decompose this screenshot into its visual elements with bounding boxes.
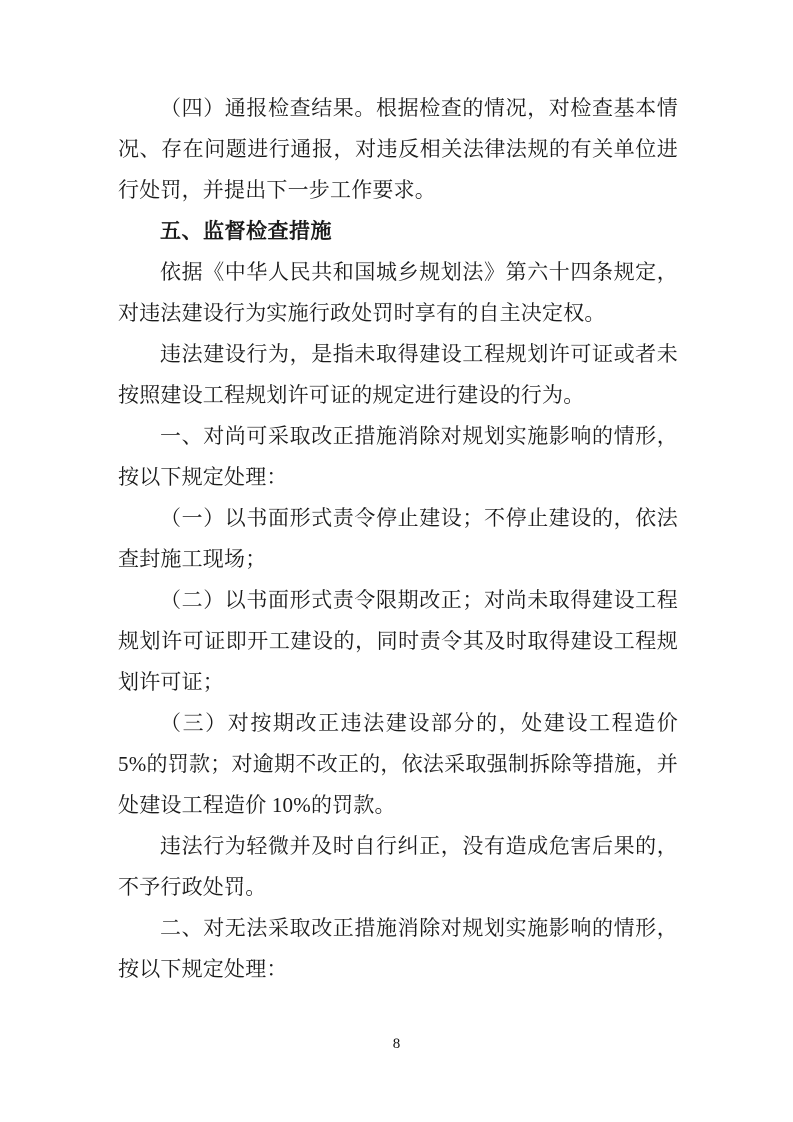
- paragraph-sub-item-2: （二）以书面形式责令限期改正；对尚未取得建设工程规划许可证即开工建设的，同时责令…: [118, 580, 678, 703]
- document-page: （四）通报检查结果。根据检查的情况，对检查基本情况、存在问题进行通报，对违反相关…: [0, 0, 793, 1122]
- paragraph-sub-item-3: （三）对按期改正违法建设部分的，处建设工程造价 5%的罚款；对逾期不改正的，依法…: [118, 703, 678, 826]
- section-heading-supervision-measures: 五、监督检查措施: [118, 211, 678, 252]
- paragraph-item-two-intro: 二、对无法采取改正措施消除对规划实施影响的情形，按以下规定处理：: [118, 908, 678, 990]
- paragraph-minor-violation: 违法行为轻微并及时自行纠正，没有造成危害后果的，不予行政处罚。: [118, 826, 678, 908]
- paragraph-illegal-construction-definition: 违法建设行为，是指未取得建设工程规划许可证或者未按照建设工程规划许可证的规定进行…: [118, 334, 678, 416]
- paragraph-legal-basis: 依据《中华人民共和国城乡规划法》第六十四条规定，对违法建设行为实施行政处罚时享有…: [118, 252, 678, 334]
- paragraph-item-one-intro: 一、对尚可采取改正措施消除对规划实施影响的情形，按以下规定处理：: [118, 416, 678, 498]
- page-number: 8: [0, 1034, 793, 1054]
- paragraph-notify-results: （四）通报检查结果。根据检查的情况，对检查基本情况、存在问题进行通报，对违反相关…: [118, 88, 678, 211]
- document-body: （四）通报检查结果。根据检查的情况，对检查基本情况、存在问题进行通报，对违反相关…: [118, 88, 678, 990]
- paragraph-sub-item-1: （一）以书面形式责令停止建设；不停止建设的，依法查封施工现场；: [118, 498, 678, 580]
